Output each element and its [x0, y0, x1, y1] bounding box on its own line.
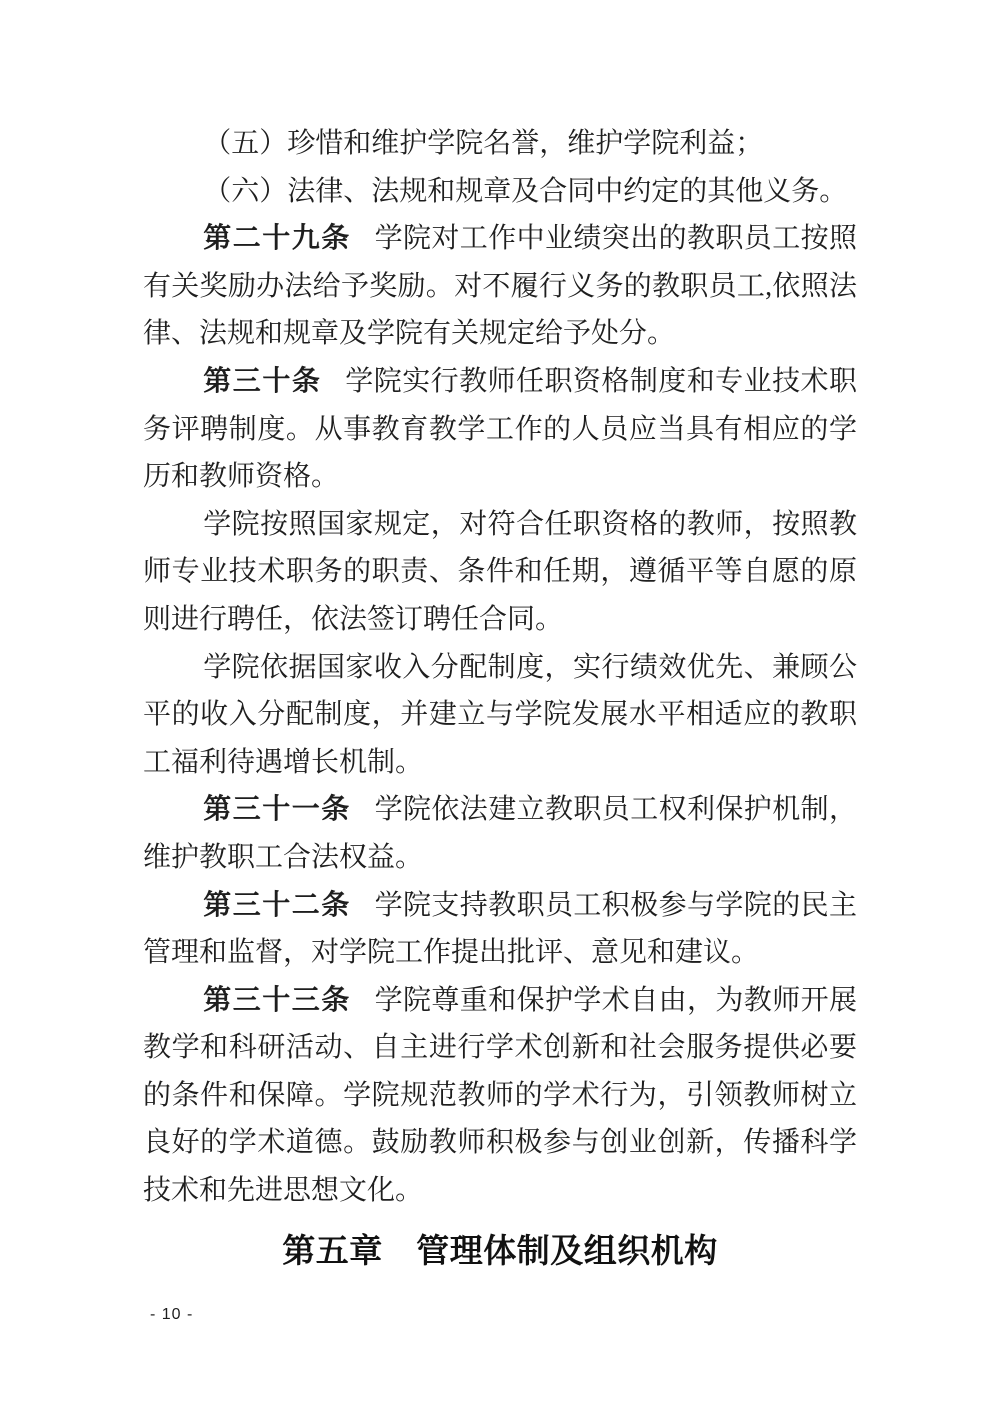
paragraph: 学院依据国家收入分配制度，实行绩效优先、兼顾公平的收入分配制度，并建立与学院发展… [143, 644, 857, 787]
article-paragraph: 第三十二条学院支持教职员工积极参与学院的民主管理和监督，对学院工作提出批评、意见… [143, 882, 857, 977]
text-column: （五）珍惜和维护学院名誉，维护学院利益；（六）法律、法规和规章及合同中约定的其他… [143, 120, 857, 1274]
page-footer: - 10 - [150, 1305, 193, 1325]
page-number: - 10 - [150, 1306, 193, 1323]
article-paragraph: 第三十条学院实行教师任职资格制度和专业技术职务评聘制度。从事教育教学工作的人员应… [143, 358, 857, 501]
document-page: （五）珍惜和维护学院名誉，维护学院利益；（六）法律、法规和规章及合同中约定的其他… [0, 0, 1000, 1414]
article-number: 第三十一条 [203, 794, 351, 825]
document-body: （五）珍惜和维护学院名誉，维护学院利益；（六）法律、法规和规章及合同中约定的其他… [143, 120, 857, 1215]
article-number: 第三十三条 [203, 985, 351, 1016]
paragraph: （六）法律、法规和规章及合同中约定的其他义务。 [143, 168, 857, 216]
paragraph: 学院按照国家规定，对符合任职资格的教师，按照教师专业技术职务的职责、条件和任期，… [143, 501, 857, 644]
paragraph: （五）珍惜和维护学院名誉，维护学院利益； [143, 120, 857, 168]
article-number: 第二十九条 [203, 223, 351, 254]
article-paragraph: 第二十九条学院对工作中业绩突出的教职员工按照有关奖励办法给予奖励。对不履行义务的… [143, 215, 857, 358]
article-paragraph: 第三十一条学院依法建立教职员工权利保护机制，维护教职工合法权益。 [143, 786, 857, 881]
article-number: 第三十条 [203, 366, 321, 397]
article-number: 第三十二条 [203, 890, 351, 921]
chapter-heading: 第五章 管理体制及组织机构 [143, 1227, 857, 1274]
article-paragraph: 第三十三条学院尊重和保护学术自由，为教师开展教学和科研活动、自主进行学术创新和社… [143, 977, 857, 1215]
